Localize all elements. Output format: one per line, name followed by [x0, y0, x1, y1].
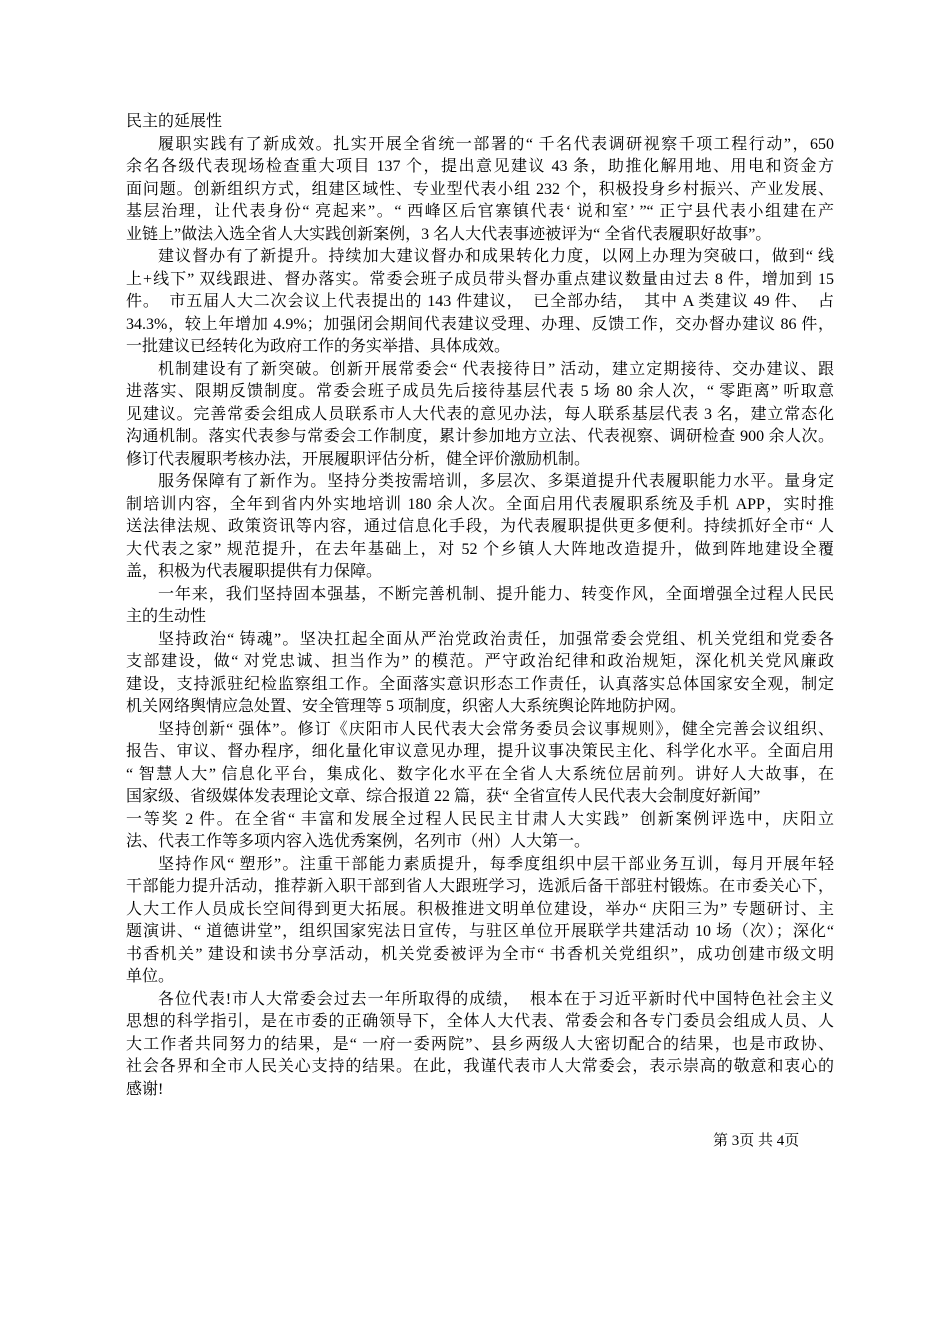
text-line: 业链上”做法入选全省人大实践创新案例，3 名人大代表事迹被评为“ 全省代表履职好…	[126, 224, 834, 247]
text-line: 书香机关” 建设和读书分享活动，机关党委被评为全市“ 书香机关党组织”，成功创建…	[126, 944, 834, 967]
text-line: 基层治理，让代表身份“ 亮起来”。“ 西峰区后官寨镇代表‘ 说和室’ ”“ 正宁…	[126, 201, 834, 224]
text-line: 余名各级代表现场检查重大项目 137 个，提出意见建议 43 条，助推化解用地、…	[126, 156, 834, 179]
text-line: 人大工作人员成长空间得到更大拓展。积极推进文明单位建设，举办“ 庆阳三为” 专题…	[126, 899, 834, 922]
text-line: 支部建设，做“ 对党忠诚、担当作为” 的模范。严守政治纪律和政治规矩，深化机关党…	[126, 651, 834, 674]
paragraph-4: 服务保障有了新作为。坚持分类按需培训，多层次、多渠道提升代表履职能力水平。量身定…	[126, 471, 834, 584]
text-line: 见建议。完善常委会组成人员联系市人大代表的意见办法，每人联系基层代表 3 名，建…	[126, 404, 834, 427]
text-line: 服务保障有了新作为。坚持分类按需培训，多层次、多渠道提升代表履职能力水平。量身定	[126, 471, 834, 494]
paragraph-3: 机制建设有了新突破。创新开展常委会“ 代表接待日” 活动，建立定期接待、交办建议…	[126, 359, 834, 472]
document-page: 民主的延展性履职实践有了新成效。扎实开展全省统一部署的“ 千名代表调研视察千项工…	[0, 0, 950, 1344]
text-line: 单位。	[126, 966, 834, 989]
text-line: 干部能力提升活动，推荐新入职干部到省人大跟班学习，选派后备干部驻村锻炼。在市委关…	[126, 876, 834, 899]
text-line: 坚持作风“ 塑形”。注重干部能力素质提升，每季度组织中层干部业务互训，每月开展年…	[126, 854, 834, 877]
text-line: 进落实、限期反馈制度。常委会班子成员先后接待基层代表 5 场 80 余人次，“ …	[126, 381, 834, 404]
text-line: 34.3%，较上年增加 4.9%；加强闭会期间代表建议受理、办理、反馈工作，交办…	[126, 314, 834, 337]
paragraph-8: 坚持作风“ 塑形”。注重干部能力素质提升，每季度组织中层干部业务互训，每月开展年…	[126, 854, 834, 989]
text-line: 建议督办有了新提升。持续加大建议督办和成果转化力度，以网上办理为突破口，做到“ …	[126, 246, 834, 269]
text-line: 大代表之家” 规范提升，在去年基础上，对 52 个乡镇人大阵地改造提升，做到阵地…	[126, 539, 834, 562]
text-line: 坚持政治“ 铸魂”。坚决扛起全面从严治党政治责任，加强常委会党组、机关党组和党委…	[126, 629, 834, 652]
text-line: 面问题。创新组织方式，组建区域性、专业型代表小组 232 个，积极投身乡村振兴、…	[126, 179, 834, 202]
text-line: 件。 市五届人大二次会议上代表提出的 143 件建议， 已全部办结， 其中 A …	[126, 291, 834, 314]
text-line: 报告、审议、督办程序，细化量化审议意见办理，提升议事决策民主化、科学化水平。全面…	[126, 741, 834, 764]
text-line: 各位代表!市人大常委会过去一年所取得的成绩， 根本在于习近平新时代中国特色社会主…	[126, 989, 834, 1012]
text-line: 题演讲、“ 道德讲堂”，组织国家宪法日宣传，与驻区单位开展联学共建活动 10 场…	[126, 921, 834, 944]
text-line: 法、代表工作等多项内容入选优秀案例，名列市（州）人大第一。	[126, 831, 834, 854]
text-line: 沟通机制。落实代表参与常委会工作制度，累计参加地方立法、代表视察、调研检查 90…	[126, 426, 834, 449]
text-line: 一批建议已经转化为政府工作的务实举措、具体成效。	[126, 336, 834, 359]
text-line: 一年来，我们坚持固本强基，不断完善机制、提升能力、转变作风，全面增强全过程人民民	[126, 584, 834, 607]
text-line: 社会各界和全市人民关心支持的结果。在此，我谨代表市人大常委会，表示崇高的敬意和衷…	[126, 1056, 834, 1079]
paragraph-6: 坚持政治“ 铸魂”。坚决扛起全面从严治党政治责任，加强常委会党组、机关党组和党委…	[126, 629, 834, 719]
heading-fragment: 民主的延展性	[126, 111, 834, 134]
text-line: “ 智慧人大” 信息化平台，集成化、数字化水平在全省人大系统位居前列。讲好人大故…	[126, 764, 834, 787]
paragraph-7: 坚持创新“ 强体”。修订《庆阳市人民代表大会常务委员会议事规则》，健全完善会议组…	[126, 719, 834, 854]
text-line: 机关网络舆情应急处置、安全管理等 5 项制度，织密人大系统舆论阵地防护网。	[126, 696, 834, 719]
text-line: 送法律法规、政策资讯等内容，通过信息化手段，为代表履职提供更多便利。持续抓好全市…	[126, 516, 834, 539]
document-text: 民主的延展性履职实践有了新成效。扎实开展全省统一部署的“ 千名代表调研视察千项工…	[126, 111, 834, 1101]
text-line: 上+线下” 双线跟进、督办落实。常委会班子成员带头督办重点建议数量由过去 8 件…	[126, 269, 834, 292]
text-line: 思想的科学指引，是在市委的正确领导下，全体人大代表、常委会和各专门委员会组成人员…	[126, 1011, 834, 1034]
text-line: 大工作者共同努力的结果，是“ 一府一委两院”、县乡两级人大密切配合的结果，也是市…	[126, 1034, 834, 1057]
text-line: 一等奖 2 件。在全省“ 丰富和发展全过程人民民主甘肃人大实践” 创新案例评选中…	[126, 809, 834, 832]
paragraph-2: 建议督办有了新提升。持续加大建议督办和成果转化力度，以网上办理为突破口，做到“ …	[126, 246, 834, 359]
text-line: 民主的延展性	[126, 111, 834, 134]
text-line: 机制建设有了新突破。创新开展常委会“ 代表接待日” 活动，建立定期接待、交办建议…	[126, 359, 834, 382]
text-line: 修订代表履职考核办法，开展履职评估分析，健全评价激励机制。	[126, 449, 834, 472]
paragraph-5: 一年来，我们坚持固本强基，不断完善机制、提升能力、转变作风，全面增强全过程人民民…	[126, 584, 834, 629]
text-line: 履职实践有了新成效。扎实开展全省统一部署的“ 千名代表调研视察千项工程行动”，6…	[126, 134, 834, 157]
text-line: 感谢!	[126, 1079, 834, 1102]
text-line: 坚持创新“ 强体”。修订《庆阳市人民代表大会常务委员会议事规则》，健全完善会议组…	[126, 719, 834, 742]
text-line: 国家级、省级媒体发表理论文章、综合报道 22 篇，获“ 全省宣传人民代表大会制度…	[126, 786, 834, 809]
text-line: 主的生动性	[126, 606, 834, 629]
text-line: 制培训内容，全年到省内外实地培训 180 余人次。全面启用代表履职系统及手机 A…	[126, 494, 834, 517]
text-line: 建设，支持派驻纪检监察组工作。全面落实意识形态工作责任，认真落实总体国家安全观，…	[126, 674, 834, 697]
paragraph-1: 履职实践有了新成效。扎实开展全省统一部署的“ 千名代表调研视察千项工程行动”，6…	[126, 134, 834, 247]
text-line: 盖，积极为代表履职提供有力保障。	[126, 561, 834, 584]
page-number-footer: 第 3页 共 4页	[713, 1130, 799, 1152]
paragraph-9: 各位代表!市人大常委会过去一年所取得的成绩， 根本在于习近平新时代中国特色社会主…	[126, 989, 834, 1102]
